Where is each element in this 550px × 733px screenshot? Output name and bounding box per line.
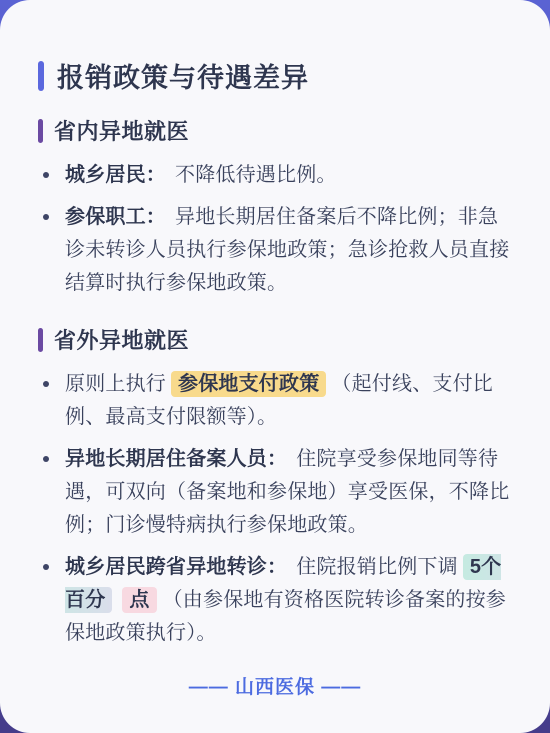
bullet-segment: 不降低待遇比例。 <box>175 164 337 186</box>
policy-card: 报销政策与待遇差异 省内异地就医城乡居民：不降低待遇比例。参保职工：异地长期居住… <box>0 0 550 733</box>
bullet-label: 异地长期居住备案人员： <box>65 448 287 470</box>
bullet-item: 异地长期居住备案人员：住院享受参保地同等待遇，可双向（备案地和参保地）享受医保，… <box>38 443 512 542</box>
bullet-dot <box>43 172 49 178</box>
bullet-dot <box>43 564 49 570</box>
bullet-dot <box>43 456 49 462</box>
footer-brand: —— 山西医保 —— <box>0 672 550 699</box>
bullet-label: 城乡居民跨省异地转诊： <box>65 556 287 578</box>
bullet-list: 城乡居民：不降低待遇比例。参保职工：异地长期居住备案后不降比例；非急诊未转诊人员… <box>38 159 512 300</box>
sections: 省内异地就医城乡居民：不降低待遇比例。参保职工：异地长期居住备案后不降比例；非急… <box>38 115 512 650</box>
section: 省外异地就医原则上执行参保地支付政策（起付线、支付比例、最高支付限额等）。异地长… <box>38 324 512 650</box>
page-title-row: 报销政策与待遇差异 <box>38 56 512 95</box>
bullet-item: 原则上执行参保地支付政策（起付线、支付比例、最高支付限额等）。 <box>38 368 512 434</box>
bullet-dot <box>43 381 49 387</box>
bullet-label: 参保职工： <box>65 206 166 228</box>
bullet-label: 城乡居民： <box>65 164 166 186</box>
section-heading: 省内异地就医 <box>38 115 512 146</box>
page-title: 报销政策与待遇差异 <box>57 56 309 95</box>
bullet-segment: 原则上执行 <box>65 373 166 395</box>
bullet-dot <box>43 214 49 220</box>
bullet-item: 城乡居民跨省异地转诊：住院报销比例下调5个百分点（由参保地有资格医院转诊备案的按… <box>38 551 512 650</box>
bullet-text: 城乡居民跨省异地转诊：住院报销比例下调5个百分点（由参保地有资格医院转诊备案的按… <box>65 551 512 650</box>
bullet-list: 原则上执行参保地支付政策（起付线、支付比例、最高支付限额等）。异地长期居住备案人… <box>38 368 512 650</box>
bullet-text: 参保职工：异地长期居住备案后不降比例；非急诊未转诊人员执行参保地政策；急诊抢救人… <box>65 201 512 300</box>
bullet-text: 异地长期居住备案人员：住院享受参保地同等待遇，可双向（备案地和参保地）享受医保，… <box>65 443 512 542</box>
bullet-text: 城乡居民：不降低待遇比例。 <box>65 159 512 192</box>
section-heading: 省外异地就医 <box>38 324 512 355</box>
bullet-item: 参保职工：异地长期居住备案后不降比例；非急诊未转诊人员执行参保地政策；急诊抢救人… <box>38 201 512 300</box>
section: 省内异地就医城乡居民：不降低待遇比例。参保职工：异地长期居住备案后不降比例；非急… <box>38 115 512 300</box>
bullet-item: 城乡居民：不降低待遇比例。 <box>38 159 512 192</box>
bullet-segment: 住院报销比例下调 <box>296 556 458 578</box>
section-heading-text: 省内异地就医 <box>54 115 189 146</box>
bullet-text: 原则上执行参保地支付政策（起付线、支付比例、最高支付限额等）。 <box>65 368 512 434</box>
highlight-yellow: 参保地支付政策 <box>171 371 326 397</box>
highlight-pink: 点 <box>122 587 156 613</box>
section-heading-bar <box>38 119 43 143</box>
title-accent-bar <box>38 61 44 91</box>
section-heading-text: 省外异地就医 <box>54 324 189 355</box>
section-heading-bar <box>38 328 43 352</box>
